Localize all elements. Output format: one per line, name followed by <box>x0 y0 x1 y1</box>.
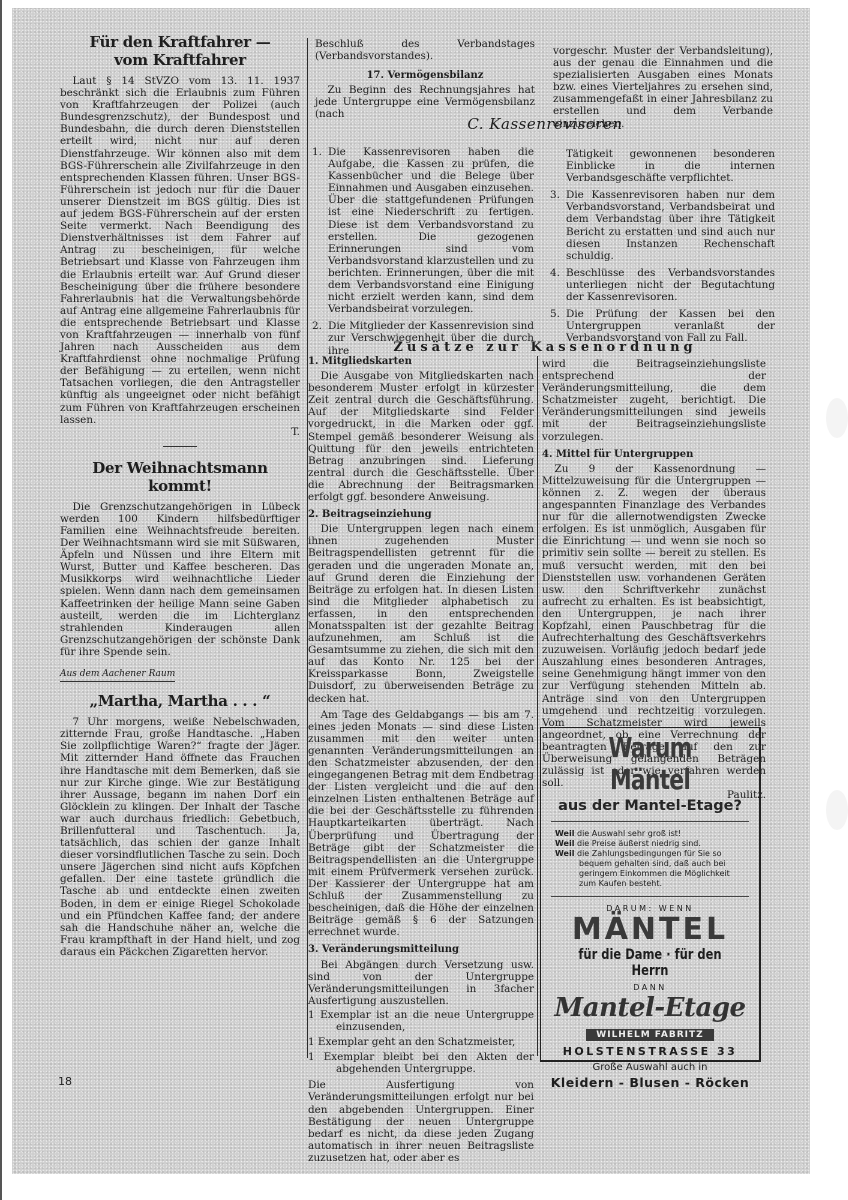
text-veraenderungsmitteilung: Bei Abgängen durch Versetzung usw. sind … <box>308 959 534 1007</box>
section-title-kassenrevisoren: C. Kassenrevisoren <box>315 115 775 133</box>
list-item: 1 Exemplar bleibt bei den Akten der abge… <box>308 1051 534 1075</box>
divider <box>551 821 749 822</box>
scan-edge <box>0 0 2 1200</box>
list-item: 1 Exemplar ist an die neue Untergruppe e… <box>308 1009 534 1033</box>
column-middle-lower: 1. Mitgliedskarten Die Ausgabe von Mitgl… <box>308 356 534 1164</box>
article-body-weihnachtsmann: Die Grenzschutzangehörigen in Lübeck wer… <box>60 501 300 658</box>
text-mitgliedskarten: Die Ausgabe von Mitgliedskarten nach bes… <box>308 370 534 503</box>
text-taetigkeit: Tätigkeit gewonnenen besonderen Einblick… <box>550 148 775 184</box>
ad-address: HOLSTENSTRASSE 33 <box>541 1045 759 1058</box>
article-title-martha: „Martha, Martha . . . “ <box>60 692 300 710</box>
ad-reasons: Weil die Auswahl sehr groß ist! Weil die… <box>541 829 759 889</box>
text-beitragseinziehung-2: Am Tage des Geldabgangs — bis am 7. eine… <box>308 709 534 939</box>
section-title-mitgliedskarten: 1. Mitgliedskarten <box>308 356 534 368</box>
ad-headline: Warum Mäntel <box>565 732 735 796</box>
ad-reason: Weil die Zahlungsbedingungen für Sie so <box>555 849 745 859</box>
source-label: Aus dem Aachener Raum <box>60 668 175 682</box>
kassenrevisoren-list-right: Tätigkeit gewonnenen besonderen Einblick… <box>550 148 775 349</box>
ad-products: Kleidern - Blusen - Röcken <box>541 1075 759 1090</box>
ad-owner: WILHELM FABRITZ <box>586 1029 713 1041</box>
column-divider <box>537 356 538 1056</box>
advertisement-mantel-etage: Warum Mäntel aus der Mantel-Etage? Weil … <box>540 727 761 1062</box>
article-title-kraftfahrer: Für den Kraftfahrer — vom Kraftfahrer <box>60 33 300 69</box>
ad-reason-cont: bequem gehalten sind, daß auch bei gerin… <box>555 859 745 889</box>
ad-logo: Mantel-Etage <box>541 994 759 1022</box>
article-body-kraftfahrer: Laut § 14 StVZO vom 13. 11. 1937 beschrä… <box>60 75 300 426</box>
punch-hole <box>826 398 848 438</box>
ad-dann: DANN <box>541 983 759 992</box>
article-signature: T. <box>60 426 300 438</box>
list-item: 3.Die Kassenrevisoren haben nur dem Verb… <box>550 189 775 262</box>
ad-tagline: Große Auswahl auch in <box>541 1062 759 1073</box>
divider <box>163 446 197 447</box>
text-beschluss: Beschluß des Verbandstages (Verbandsvors… <box>315 38 535 62</box>
ad-subheadline: aus der Mantel-Etage? <box>541 798 759 814</box>
section-title-veraenderungsmitteilung: 3. Veränderungsmitteilung <box>308 944 534 956</box>
text-ausfertigung: Die Ausfertigung von Veränderungsmitteil… <box>308 1079 534 1164</box>
divider <box>551 896 749 897</box>
column-middle-upper: Beschluß des Verbandstages (Verbandsvors… <box>315 38 535 121</box>
ad-reason: Weil die Preise äußerst niedrig sind. <box>555 839 745 849</box>
column-left: Für den Kraftfahrer — vom Kraftfahrer La… <box>60 33 300 958</box>
section-title-vermoegensbilanz: 17. Vermögensbilanz <box>315 70 535 82</box>
list-item: 1 Exemplar geht an den Schatzmeister, <box>308 1036 534 1048</box>
text-beitragseinziehung-1: Die Untergruppen legen nach einem ihnen … <box>308 523 534 704</box>
punch-hole <box>826 790 848 830</box>
text-berichtigt: wird die Beitragseinziehungsliste entspr… <box>542 358 766 443</box>
section-title-zusaetze: Zusätze zur Kassenordnung <box>315 340 775 355</box>
list-item: 5.Die Prüfung der Kassen bei den Untergr… <box>550 308 775 344</box>
list-item: 4.Beschlüsse des Verbandsvorstandes unte… <box>550 267 775 303</box>
article-title-weihnachtsmann: Der Weihnachtsmann kommt! <box>60 459 300 495</box>
ad-for-whom: für die Dame · für den Herrn <box>561 947 740 979</box>
page-number: 18 <box>58 1075 72 1088</box>
article-body-martha: 7 Uhr morgens, weiße Nebelschwaden, zitt… <box>60 716 300 958</box>
list-item: 1.Die Kassenrevisoren haben die Aufgabe,… <box>312 146 534 315</box>
kassenrevisoren-list-left: 1.Die Kassenrevisoren haben die Aufgabe,… <box>312 146 534 362</box>
ad-big-word: MÄNTEL <box>541 913 759 947</box>
ad-reason: Weil die Auswahl sehr groß ist! <box>555 829 745 839</box>
section-title-beitragseinziehung: 2. Beitragseinziehung <box>308 509 534 521</box>
section-title-mittel: 4. Mittel für Untergruppen <box>542 449 766 461</box>
